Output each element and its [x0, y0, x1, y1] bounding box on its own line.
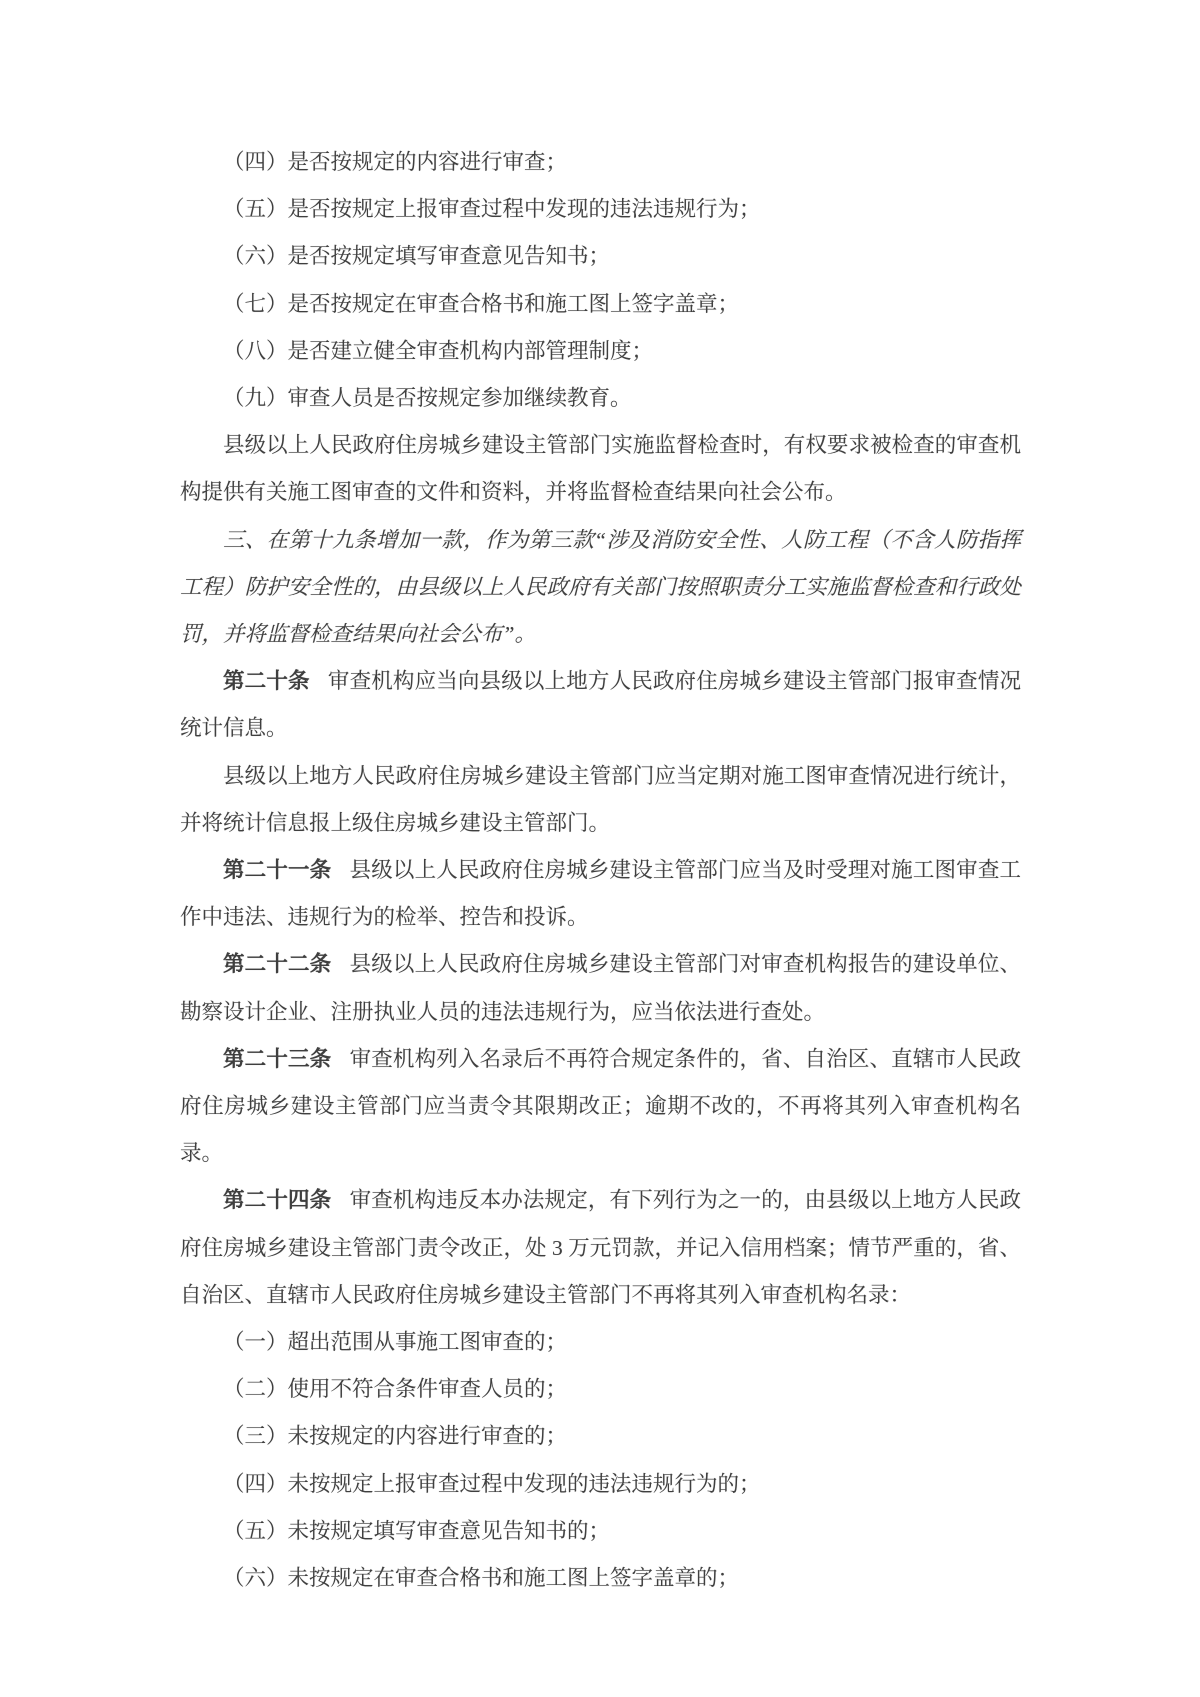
- list-item-violation-5: （五）未按规定填写审查意见告知书的；: [180, 1508, 1021, 1555]
- list-item-violation-4: （四）未按规定上报审查过程中发现的违法违规行为的；: [180, 1461, 1021, 1508]
- article-number: 第二十三条: [223, 1047, 331, 1071]
- document-body: （四）是否按规定的内容进行审查； （五）是否按规定上报审查过程中发现的违法违规行…: [180, 139, 1021, 1602]
- article-20: 第二十条审查机构应当向县级以上地方人民政府住房城乡建设主管部门报审查情况统计信息…: [180, 658, 1021, 752]
- article-number: 第二十条: [223, 669, 310, 693]
- article-number: 第二十二条: [223, 952, 331, 976]
- list-item-inspection-4: （四）是否按规定的内容进行审查；: [180, 139, 1021, 186]
- list-item-violation-3: （三）未按规定的内容进行审查的；: [180, 1413, 1021, 1460]
- paragraph-statistics: 县级以上地方人民政府住房城乡建设主管部门应当定期对施工图审查情况进行统计，并将统…: [180, 753, 1021, 847]
- list-item-inspection-8: （八）是否建立健全审查机构内部管理制度；: [180, 328, 1021, 375]
- article-23: 第二十三条审查机构列入名录后不再符合规定条件的，省、自治区、直辖市人民政府住房城…: [180, 1036, 1021, 1178]
- article-24: 第二十四条审查机构违反本办法规定，有下列行为之一的，由县级以上地方人民政府住房城…: [180, 1177, 1021, 1319]
- document-page: （四）是否按规定的内容进行审查； （五）是否按规定上报审查过程中发现的违法违规行…: [0, 0, 1200, 1697]
- list-item-inspection-5: （五）是否按规定上报审查过程中发现的违法违规行为；: [180, 186, 1021, 233]
- list-item-inspection-9: （九）审查人员是否按规定参加继续教育。: [180, 375, 1021, 422]
- list-item-violation-1: （一）超出范围从事施工图审查的；: [180, 1319, 1021, 1366]
- list-item-inspection-6: （六）是否按规定填写审查意见告知书；: [180, 233, 1021, 280]
- article-number: 第二十四条: [223, 1188, 331, 1212]
- paragraph-amendment-clause: 三、在第十九条增加一款，作为第三款“涉及消防安全性、人防工程（不含人防指挥工程）…: [180, 517, 1021, 659]
- list-item-violation-6: （六）未按规定在审查合格书和施工图上签字盖章的；: [180, 1555, 1021, 1602]
- list-item-violation-2: （二）使用不符合条件审查人员的；: [180, 1366, 1021, 1413]
- list-item-inspection-7: （七）是否按规定在审查合格书和施工图上签字盖章；: [180, 281, 1021, 328]
- article-22: 第二十二条县级以上人民政府住房城乡建设主管部门对审查机构报告的建设单位、勘察设计…: [180, 941, 1021, 1035]
- paragraph-supervision: 县级以上人民政府住房城乡建设主管部门实施监督检查时，有权要求被检查的审查机构提供…: [180, 422, 1021, 516]
- article-21: 第二十一条县级以上人民政府住房城乡建设主管部门应当及时受理对施工图审查工作中违法…: [180, 847, 1021, 941]
- article-number: 第二十一条: [223, 858, 331, 882]
